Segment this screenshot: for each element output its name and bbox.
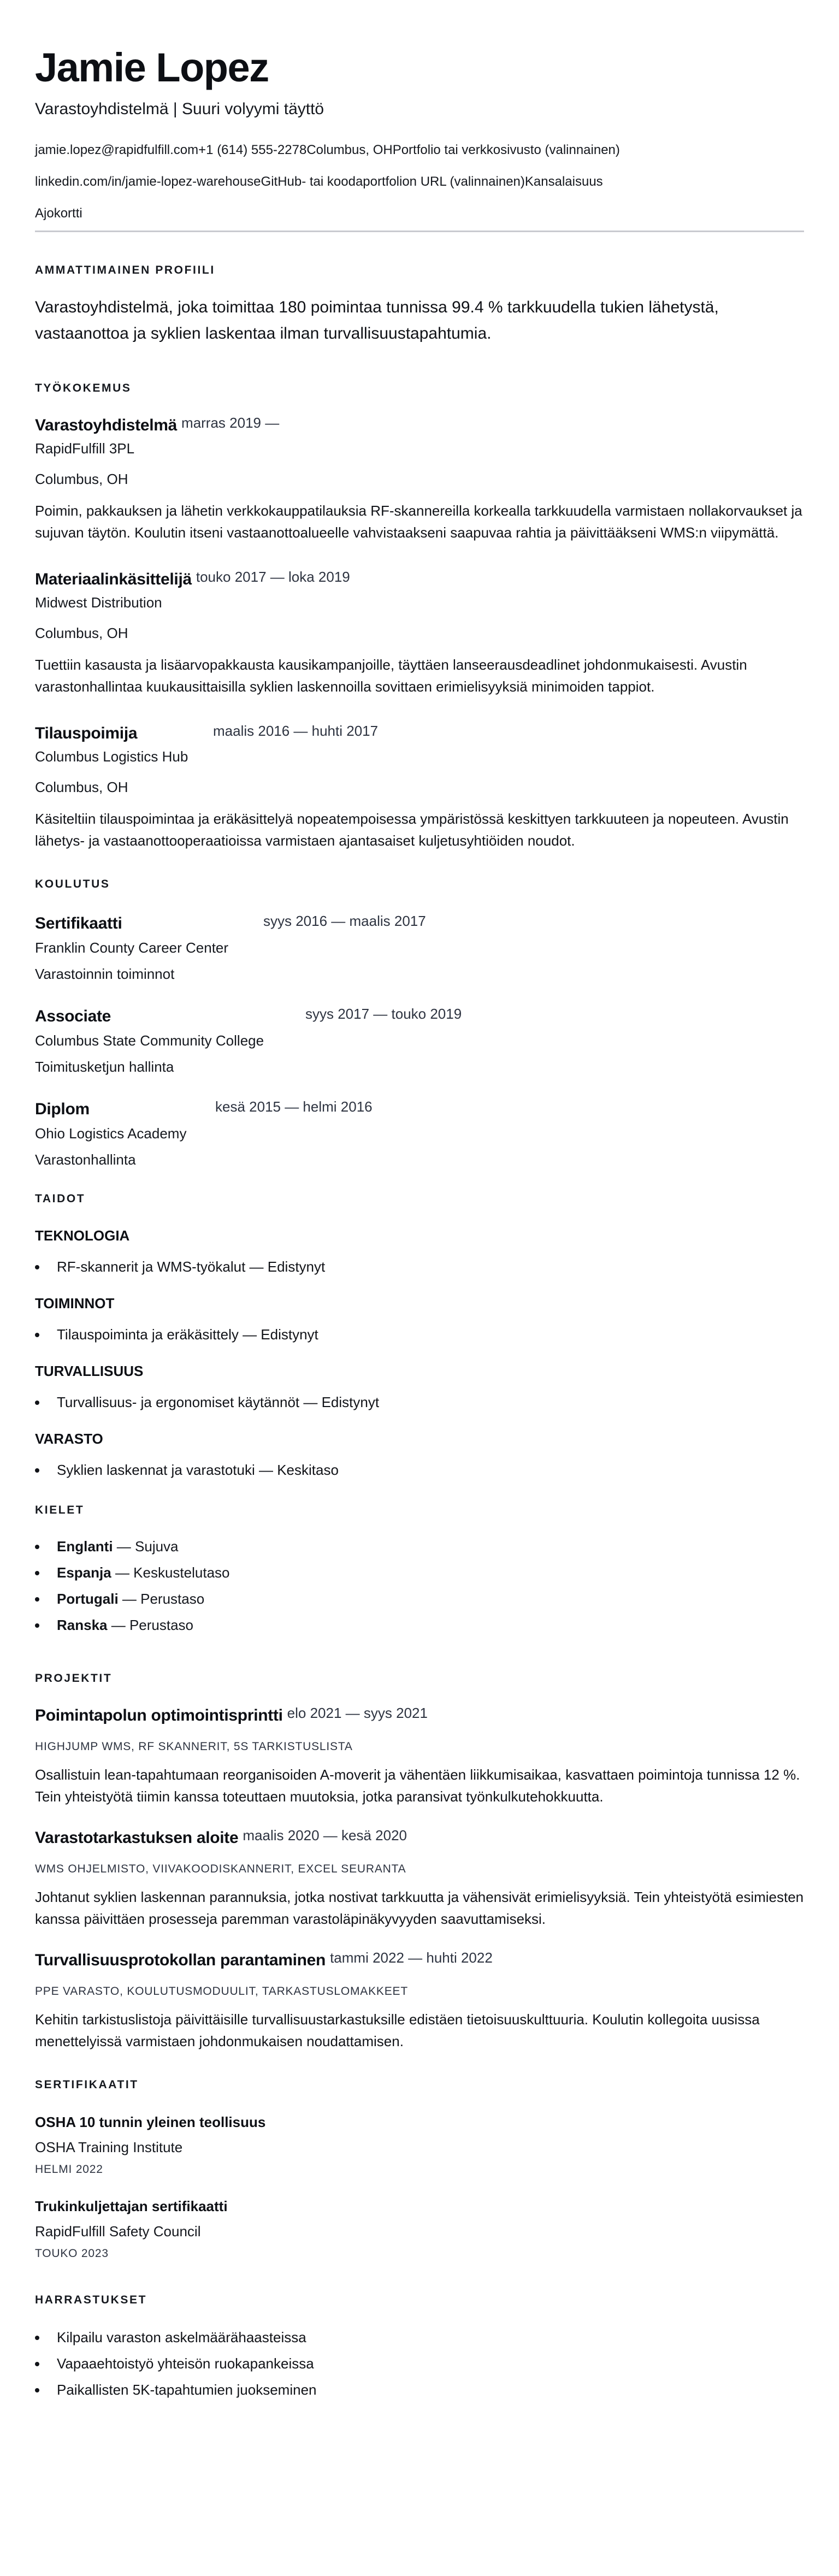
contact-github[interactable]: GitHub- tai koodaportfolion URL (valinna…: [261, 174, 525, 189]
skill-group-title: Toiminnot: [35, 1294, 804, 1313]
language-level: Perustaso: [129, 1617, 193, 1633]
section-title-projects: Projektit: [35, 1671, 804, 1686]
language-name: Portugali: [57, 1591, 119, 1607]
section-title-certificates: Sertifikaatit: [35, 2077, 804, 2093]
field-of-study: Varastonhallinta: [35, 1150, 804, 1169]
skill-group-title: Turvallisuus: [35, 1362, 804, 1380]
job-dates: maalis 2016 — huhti 2017: [213, 723, 378, 739]
profile-summary: Varastoyhdistelmä, joka toimittaa 180 po…: [35, 294, 804, 347]
degree: Sertifikaatti: [35, 913, 259, 935]
job-title: Materiaalinkäsittelijä: [35, 569, 192, 590]
section-title-languages: Kielet: [35, 1503, 804, 1518]
language-name: Espanja: [57, 1564, 111, 1581]
job-title: Varastoyhdistelmä: [35, 415, 177, 436]
project-tech: HighJump WMS, RF skannerit, 5S tarkistus…: [35, 1739, 804, 1755]
section-profile: Ammattimainen profiili Varastoyhdistelmä…: [35, 263, 804, 347]
job-title: Tilauspoimija: [35, 723, 209, 745]
project-name: Varastotarkastuksen aloite: [35, 1827, 238, 1849]
section-title-profile: Ammattimainen profiili: [35, 263, 804, 278]
header-divider: [35, 231, 804, 232]
resume-header: Jamie Lopez Varastoyhdistelmä | Suuri vo…: [35, 45, 804, 232]
contact-citizenship: Kansalaisuus: [525, 174, 603, 189]
project-description: Johtanut syklien laskennan parannuksia, …: [35, 1886, 804, 1930]
education-entry: Diplom kesä 2015 — helmi 2016 Ohio Logis…: [35, 1098, 804, 1169]
job-location: Columbus, OH: [35, 777, 804, 797]
project-description: Kehitin tarkistuslistoja päivittäisille …: [35, 2008, 804, 2052]
project-dates: tammi 2022 — huhti 2022: [330, 1949, 493, 1966]
experience-entry: Tilauspoimija maalis 2016 — huhti 2017 C…: [35, 723, 804, 852]
experience-entry: Varastoyhdistelmä marras 2019 — RapidFul…: [35, 415, 804, 543]
project-description: Osallistuin lean-tapahtumaan reorganisoi…: [35, 1764, 804, 1807]
section-experience: Työkokemus Varastoyhdistelmä marras 2019…: [35, 381, 804, 852]
section-certificates: Sertifikaatit OSHA 10 tunnin yleinen teo…: [35, 2077, 804, 2262]
candidate-name: Jamie Lopez: [35, 45, 804, 91]
hobby-item: Kilpailu varaston askelmäärähaasteissa: [35, 2324, 804, 2350]
degree: Diplom: [35, 1098, 211, 1120]
project-dates: elo 2021 — syys 2021: [287, 1705, 428, 1721]
job-dates: marras 2019 —: [181, 415, 279, 431]
project-entry: Poimintapolun optimointisprintti elo 202…: [35, 1705, 804, 1807]
field-of-study: Toimitusketjun hallinta: [35, 1057, 804, 1077]
contact-info: jamie.lopez@rapidfulfill.com+1 (614) 555…: [35, 134, 804, 229]
experience-entry: Materiaalinkäsittelijä touko 2017 — loka…: [35, 569, 804, 698]
education-entry: Sertifikaatti syys 2016 — maalis 2017 Fr…: [35, 913, 804, 984]
job-description: Poimin, pakkauksen ja lähetin verkkokaup…: [35, 500, 804, 543]
project-tech: PPE varasto, koulutusmoduulit, tarkastus…: [35, 1983, 804, 2000]
language-level: Perustaso: [140, 1591, 204, 1607]
skill-group-title: Teknologia: [35, 1226, 804, 1245]
certificate-name: Trukinkuljettajan sertifikaatti: [35, 2196, 804, 2216]
skill-item: Syklien laskennat ja varastotuki — Keski…: [35, 1459, 804, 1481]
school-name: Ohio Logistics Academy: [35, 1124, 804, 1143]
language-name: Ranska: [57, 1617, 108, 1633]
project-entry: Varastotarkastuksen aloite maalis 2020 —…: [35, 1827, 804, 1930]
section-title-skills: Taidot: [35, 1191, 804, 1207]
school-name: Franklin County Career Center: [35, 938, 804, 958]
certificate-name: OSHA 10 tunnin yleinen teollisuus: [35, 2112, 804, 2132]
skill-group: Toiminnot Tilauspoiminta ja eräkäsittely…: [35, 1294, 804, 1345]
certificate-entry: Trukinkuljettajan sertifikaatti RapidFul…: [35, 2196, 804, 2262]
language-item: Ranska — Perustaso: [35, 1612, 804, 1638]
education-dates: kesä 2015 — helmi 2016: [215, 1098, 373, 1115]
contact-linkedin[interactable]: linkedin.com/in/jamie-lopez-warehouse: [35, 174, 261, 189]
project-dates: maalis 2020 — kesä 2020: [243, 1827, 407, 1844]
education-dates: syys 2016 — maalis 2017: [263, 913, 426, 929]
section-title-hobbies: Harrastukset: [35, 2293, 804, 2308]
section-skills: Taidot Teknologia RF-skannerit ja WMS-ty…: [35, 1191, 804, 1481]
skill-group-title: Varasto: [35, 1429, 804, 1448]
certificate-entry: OSHA 10 tunnin yleinen teollisuus OSHA T…: [35, 2112, 804, 2178]
section-projects: Projektit Poimintapolun optimointisprint…: [35, 1671, 804, 2052]
language-item: Englanti — Sujuva: [35, 1533, 804, 1559]
hobby-item: Paikallisten 5K-tapahtumien juokseminen: [35, 2377, 804, 2403]
contact-portfolio[interactable]: Portfolio tai verkkosivusto (valinnainen…: [393, 143, 620, 157]
skill-item: RF-skannerit ja WMS-työkalut — Edistynyt: [35, 1256, 804, 1278]
certificate-issuer: OSHA Training Institute: [35, 2137, 804, 2157]
job-location: Columbus, OH: [35, 623, 804, 643]
contact-drivers-license: Ajokortti: [35, 206, 82, 221]
project-tech: WMS ohjelmisto, viivakoodiskannerit, Exc…: [35, 1861, 804, 1877]
job-dates: touko 2017 — loka 2019: [196, 569, 350, 585]
section-languages: Kielet Englanti — Sujuva Espanja — Kesku…: [35, 1503, 804, 1638]
skill-group: Teknologia RF-skannerit ja WMS-työkalut …: [35, 1226, 804, 1278]
section-title-education: Koulutus: [35, 877, 804, 892]
degree: Associate: [35, 1006, 301, 1027]
skill-group: Varasto Syklien laskennat ja varastotuki…: [35, 1429, 804, 1481]
company-name: Midwest Distribution: [35, 593, 804, 612]
section-education: Koulutus Sertifikaatti syys 2016 — maali…: [35, 877, 804, 1169]
project-name: Poimintapolun optimointisprintti: [35, 1705, 283, 1727]
job-description: Käsiteltiin tilauspoimintaa ja eräkäsitt…: [35, 808, 804, 852]
language-level: Keskustelutaso: [133, 1564, 229, 1581]
headline: Varastoyhdistelmä | Suuri volyymi täyttö: [35, 98, 804, 120]
field-of-study: Varastoinnin toiminnot: [35, 964, 804, 984]
job-description: Tuettiin kasausta ja lisäarvopakkausta k…: [35, 654, 804, 698]
certificate-issuer: RapidFulfill Safety Council: [35, 2221, 804, 2241]
language-item: Portugali — Perustaso: [35, 1586, 804, 1612]
resume-page: Jamie Lopez Varastoyhdistelmä | Suuri vo…: [0, 0, 839, 2436]
contact-location: Columbus, OH: [306, 143, 392, 157]
contact-phone[interactable]: +1 (614) 555-2278: [198, 143, 306, 157]
certificate-date: touko 2023: [35, 2246, 804, 2262]
company-name: Columbus Logistics Hub: [35, 747, 804, 766]
school-name: Columbus State Community College: [35, 1031, 804, 1050]
language-name: Englanti: [57, 1538, 113, 1555]
education-dates: syys 2017 — touko 2019: [305, 1006, 462, 1022]
section-hobbies: Harrastukset Kilpailu varaston askelmäär…: [35, 2293, 804, 2403]
section-title-experience: Työkokemus: [35, 381, 804, 396]
certificate-date: helmi 2022: [35, 2161, 804, 2178]
job-location: Columbus, OH: [35, 469, 804, 489]
project-name: Turvallisuusprotokollan parantaminen: [35, 1949, 326, 1971]
language-level: Sujuva: [135, 1538, 179, 1555]
education-entry: Associate syys 2017 — touko 2019 Columbu…: [35, 1006, 804, 1077]
contact-email[interactable]: jamie.lopez@rapidfulfill.com: [35, 143, 198, 157]
skill-item: Tilauspoiminta ja eräkäsittely — Edistyn…: [35, 1324, 804, 1345]
language-item: Espanja — Keskustelutaso: [35, 1559, 804, 1586]
skill-item: Turvallisuus- ja ergonomiset käytännöt —…: [35, 1391, 804, 1413]
project-entry: Turvallisuusprotokollan parantaminen tam…: [35, 1949, 804, 2052]
hobby-item: Vapaaehtoistyö yhteisön ruokapankeissa: [35, 2350, 804, 2377]
skill-group: Turvallisuus Turvallisuus- ja ergonomise…: [35, 1362, 804, 1413]
company-name: RapidFulfill 3PL: [35, 439, 804, 458]
